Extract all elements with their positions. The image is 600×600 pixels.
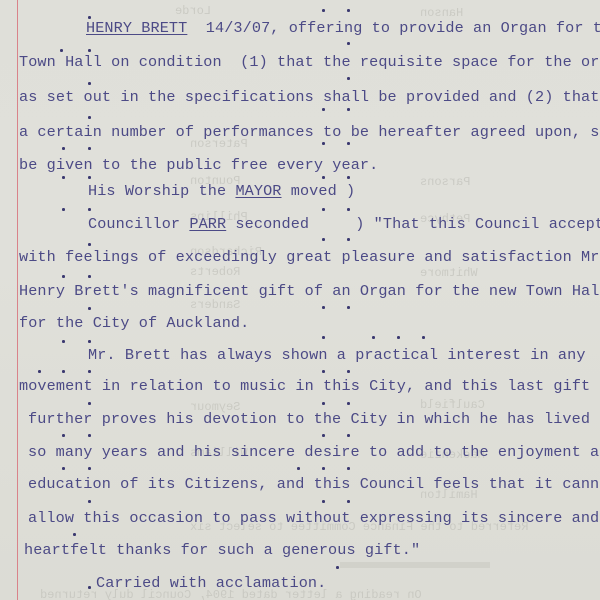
typewriter-dot [297,467,300,470]
bleed-through-text: Roberts [190,265,240,279]
typewriter-dot [336,566,339,569]
typewriter-dot [88,116,91,119]
typewriter-dot [347,142,350,145]
typewriter-dot [347,370,350,373]
typewriter-dot [322,467,325,470]
typewriter-dot [62,340,65,343]
typewriter-dot [88,49,91,52]
bleed-through-text: Whitmore [420,266,478,280]
typewriter-dot [347,306,350,309]
typewriter-dot [88,340,91,343]
typewriter-dot [88,82,91,85]
typewriter-dot [62,208,65,211]
typewriter-dot [347,77,350,80]
doc-line-15: education of its Citizens, and this Coun… [28,475,600,493]
typewriter-dot [397,336,400,339]
typewriter-dot [88,370,91,373]
typewriter-dot [88,208,91,211]
typewriter-dot [62,275,65,278]
typewriter-dot [347,108,350,111]
typewriter-dot [322,434,325,437]
typewriter-dot [347,434,350,437]
doc-line-9: Henry Brett's magnificent gift of an Org… [19,282,600,300]
typewriter-dot [322,108,325,111]
bleed-through-underline [340,562,490,568]
typewriter-dot [347,500,350,503]
bleed-through-text: Lorde [175,4,211,18]
typewriter-dot [88,402,91,405]
doc-line-4: a certain number of performances to be h… [19,123,600,141]
typewriter-dot [88,307,91,310]
doc-line-2: Town Hall on condition (1) that the requ… [19,53,600,71]
typewriter-dot [347,9,350,12]
typewriter-dot [88,176,91,179]
doc-line-seconder: Councillor PARR seconded ) "That this Co… [88,215,600,233]
doc-line-resolution: Carried with acclamation. [96,574,326,592]
doc-line-mover: His Worship the MAYOR moved ) [88,182,355,200]
typewriter-dot [322,500,325,503]
bleed-through-text: Parsons [420,175,470,189]
typewriter-dot [322,142,325,145]
red-margin-rule [17,0,18,600]
typewriter-dot [88,275,91,278]
doc-line-14: so many years and his sincere desire to … [28,443,600,461]
doc-line-11: Mr. Brett has always shown a practical i… [88,346,586,364]
typewriter-dot [372,336,375,339]
scanned-document-page: Lorde Hanson Paterson Parsons Pounton Pe… [0,0,600,600]
typewriter-dot [88,147,91,150]
doc-line-8: with feelings of exceedingly great pleas… [19,248,600,266]
typewriter-dot [88,586,91,589]
typewriter-dot [62,370,65,373]
typewriter-dot [88,500,91,503]
doc-line-3: as set out in the specifications shall b… [19,88,599,106]
name-henry-brett: HENRY BRETT [86,19,187,37]
typewriter-dot [88,243,91,246]
doc-line-16: allow this occasion to pass without expr… [28,509,599,527]
typewriter-dot [88,434,91,437]
doc-line-1: HENRY BRETT 14/3/07, offering to provide… [86,19,600,37]
title-mayor: MAYOR [235,182,281,200]
typewriter-dot [38,370,41,373]
typewriter-dot [322,9,325,12]
bleed-through-text: Sanders [190,298,240,312]
doc-line-17: heartfelt thanks for such a generous gif… [24,541,420,559]
typewriter-dot [322,402,325,405]
typewriter-dot [62,434,65,437]
typewriter-dot [88,16,91,19]
typewriter-dot [347,208,350,211]
typewriter-dot [322,306,325,309]
typewriter-dot [422,336,425,339]
typewriter-dot [62,176,65,179]
typewriter-dot [322,176,325,179]
typewriter-dot [347,176,350,179]
typewriter-dot [347,238,350,241]
bleed-through-text: Hanson [420,6,463,20]
typewriter-dot [347,42,350,45]
doc-line-10: for the City of Auckland. [19,314,249,332]
typewriter-dot [60,49,63,52]
typewriter-dot [347,467,350,470]
typewriter-dot [322,336,325,339]
typewriter-dot [322,370,325,373]
typewriter-dot [62,147,65,150]
typewriter-dot [322,208,325,211]
typewriter-dot [62,467,65,470]
typewriter-dot [88,467,91,470]
doc-line-5: be given to the public free every year. [19,156,378,174]
doc-line-12: movement in relation to music in this Ci… [19,377,590,395]
doc-line-13: further proves his devotion to the City … [28,410,600,428]
typewriter-dot [347,402,350,405]
name-parr: PARR [189,215,226,233]
typewriter-dot [73,533,76,536]
typewriter-dot [322,238,325,241]
